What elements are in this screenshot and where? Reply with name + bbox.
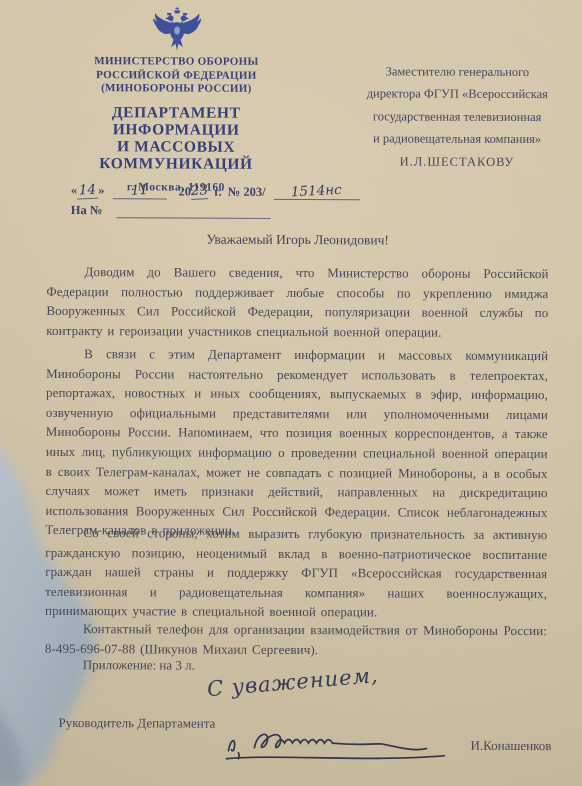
handwritten-month: 11	[131, 182, 149, 199]
addressee-line: Заместителю генерального	[339, 60, 575, 83]
body-paragraph: Доводим до Вашего сведения, что Министер…	[46, 262, 548, 343]
ministry-line: РОССИЙСКОЙ ФЕДЕРАЦИИ	[79, 69, 273, 83]
body-paragraph: Контактный телефон для организации взаим…	[45, 619, 547, 660]
signer-name: И.Конашенков	[470, 738, 551, 754]
ministry-line: (МИНОБОРОНЫ РОССИИ)	[79, 82, 273, 96]
outgoing-number-label: № 203/	[228, 185, 266, 200]
letter-sheet: МИНИСТЕРСТВО ОБОРОНЫ РОССИЙСКОЙ ФЕДЕРАЦИ…	[0, 0, 582, 786]
body-paragraph: В связи с этим Департамент информации и …	[45, 344, 548, 542]
signature-scrawl-icon	[218, 724, 453, 765]
letterhead: МИНИСТЕРСТВО ОБОРОНЫ РОССИЙСКОЙ ФЕДЕРАЦИ…	[79, 55, 274, 193]
year-suffix: г.	[214, 185, 221, 200]
addressee-name: И.Л.ШЕСТАКОВУ	[339, 150, 575, 173]
outgoing-reference-line: «14» 11 2023 г. № 203/ 1514нс	[71, 182, 360, 200]
addressee-line: директора ФГУП «Всероссийская	[339, 83, 575, 106]
handwritten-number: 1514нс	[291, 182, 343, 200]
date-day-field: «14»	[71, 182, 105, 199]
outgoing-number-field: 1514нс	[274, 183, 360, 200]
department-title: ДЕПАРТАМЕНТ ИНФОРМАЦИИ И МАССОВЫХ КОММУН…	[79, 104, 273, 173]
date-month-field: 11	[113, 182, 167, 199]
addressee-line: и радиовещательная компания»	[339, 127, 575, 150]
handwritten-regards-note: С уважением,	[206, 659, 427, 701]
addressee-block: Заместителю генерального директора ФГУП …	[339, 60, 575, 173]
body-paragraph: Со своей стороны, хотим выразить глубоку…	[45, 523, 547, 623]
document-photo: МИНИСТЕРСТВО ОБОРОНЫ РОССИЙСКОЙ ФЕДЕРАЦИ…	[0, 0, 582, 786]
salutation: Уважаемый Игорь Леонидович!	[47, 231, 549, 249]
incoming-reference-label: На №	[71, 203, 103, 218]
handwritten-day: 14	[77, 182, 99, 200]
signer-position: Руководитель Департамента	[59, 715, 216, 732]
handwritten-year: 23	[191, 182, 209, 200]
addressee-line: государственная телевизионная	[339, 105, 575, 128]
incoming-reference-blank	[116, 203, 270, 219]
year-prefix: 20	[179, 185, 192, 200]
ministry-line: МИНИСТЕРСТВО ОБОРОНЫ	[79, 55, 273, 69]
russia-coat-of-arms-icon	[147, 6, 206, 52]
attachment-note: Приложение: на 3 л.	[83, 657, 195, 673]
incoming-reference-line: На №	[71, 203, 271, 219]
